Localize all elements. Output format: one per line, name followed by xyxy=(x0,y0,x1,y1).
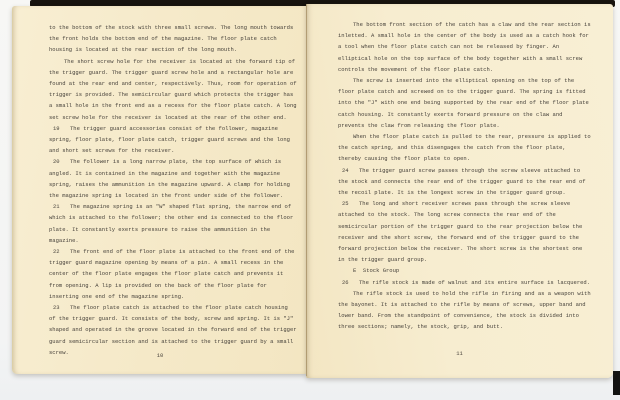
paragraph: The screw is inserted into the elliptica… xyxy=(338,75,592,131)
paragraph-number: 19 xyxy=(53,123,60,134)
paragraph-26: 26 The rifle stock is made of walnut and… xyxy=(338,277,592,288)
paragraph: When the floor plate catch is pulled to … xyxy=(338,131,592,165)
page-left-text: to the bottom of the stock with three sm… xyxy=(49,22,297,358)
paragraph-text: The front end of the floor plate is atta… xyxy=(49,248,294,300)
paragraph-text: The rifle stock is used to hold the rifl… xyxy=(338,290,591,331)
page-left: to the bottom of the stock with three sm… xyxy=(12,6,307,374)
paragraph-number: 24 xyxy=(342,165,349,176)
section-heading-stock-group: E Stock Group xyxy=(338,265,592,276)
paragraph-number: 23 xyxy=(53,302,60,313)
book-gutter xyxy=(306,4,307,376)
page-number-right: 11 xyxy=(306,350,613,357)
paragraph-text: The trigger guard screw passes through t… xyxy=(338,167,586,196)
paragraph-text: The trigger guard accessories consist of… xyxy=(49,125,290,154)
paragraph-text: The magazine spring is an "W" shaped fla… xyxy=(49,203,293,244)
paragraph-number: 21 xyxy=(53,201,60,212)
paragraph: The bottom front section of the catch ha… xyxy=(338,19,592,75)
paragraph: The rifle stock is used to hold the rifl… xyxy=(338,288,592,333)
paragraph-19: 19 The trigger guard accessories consist… xyxy=(49,123,297,157)
paragraph-text: The long and short receiver screws pass … xyxy=(338,200,582,263)
paragraph-23: 23 The floor plate catch is attached to … xyxy=(49,302,297,358)
paragraph-20: 20 The follower is a long narrow plate, … xyxy=(49,156,297,201)
book-spread: to the bottom of the stock with three sm… xyxy=(0,0,620,400)
paragraph-24: 24 The trigger guard screw passes throug… xyxy=(338,165,592,199)
paragraph-text: The bottom front section of the catch ha… xyxy=(338,21,591,73)
paragraph-21: 21 The magazine spring is an "W" shaped … xyxy=(49,201,297,246)
page-right-text: The bottom front section of the catch ha… xyxy=(338,19,592,333)
page-right: The bottom front section of the catch ha… xyxy=(306,4,613,378)
paragraph-number: 26 xyxy=(342,277,349,288)
book-cover-corner-mark xyxy=(613,371,620,395)
paragraph-text: The floor plate catch is attached to the… xyxy=(49,304,297,356)
paragraph-22: 22 The front end of the floor plate is a… xyxy=(49,246,297,302)
paragraph-text: The follower is a long narrow plate, the… xyxy=(49,158,290,199)
paragraph-continuation: to the bottom of the stock with three sm… xyxy=(49,22,297,56)
paragraph-number: 20 xyxy=(53,156,60,167)
paragraph: The short screw hole for the receiver is… xyxy=(49,56,297,123)
page-number-left: 10 xyxy=(13,352,307,359)
paragraph-text: The short screw hole for the receiver is… xyxy=(49,58,297,121)
paragraph-text: The screw is inserted into the elliptica… xyxy=(338,77,589,129)
paragraph-25: 25 The long and short receiver screws pa… xyxy=(338,198,592,265)
paragraph-number: 25 xyxy=(342,198,349,209)
paragraph-text: The rifle stock is made of walnut and it… xyxy=(359,279,590,286)
paragraph-number: 22 xyxy=(53,246,60,257)
paragraph-text: When the floor plate catch is pulled to … xyxy=(338,133,591,162)
paragraph-text: to the bottom of the stock with three sm… xyxy=(49,24,293,53)
